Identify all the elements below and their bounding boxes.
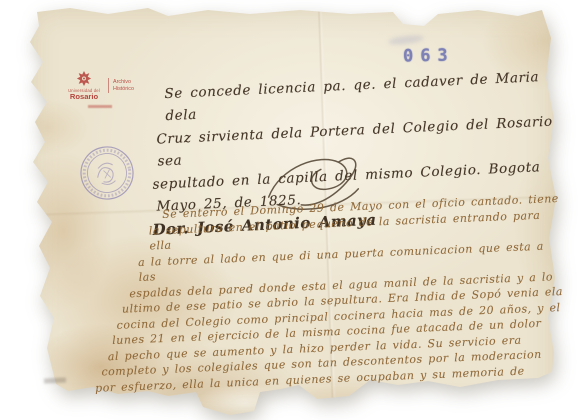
university-logo-row: Universidad del Rosario Archivo Históric… <box>64 70 152 101</box>
photo-background: 063 Universidad del Rosario Archivo Hist… <box>0 0 580 420</box>
folio-number-stamp: 063 <box>403 46 455 67</box>
logo-dept-line2: Histórico <box>113 86 134 92</box>
university-logo-left: Universidad del Rosario <box>64 70 104 101</box>
logo-small-text-illegible <box>88 105 112 108</box>
burial-note-block: Se enterro el Domingo 29 de Mayo con el … <box>86 191 571 396</box>
logo-divider <box>108 78 109 93</box>
logo-org-name: Rosario <box>70 93 98 101</box>
logo-dept-block: Archivo Histórico <box>113 79 134 91</box>
university-logo: Universidad del Rosario Archivo Históric… <box>64 70 152 108</box>
ink-seal-icon <box>72 138 142 208</box>
rosette-crest-icon <box>76 70 92 87</box>
